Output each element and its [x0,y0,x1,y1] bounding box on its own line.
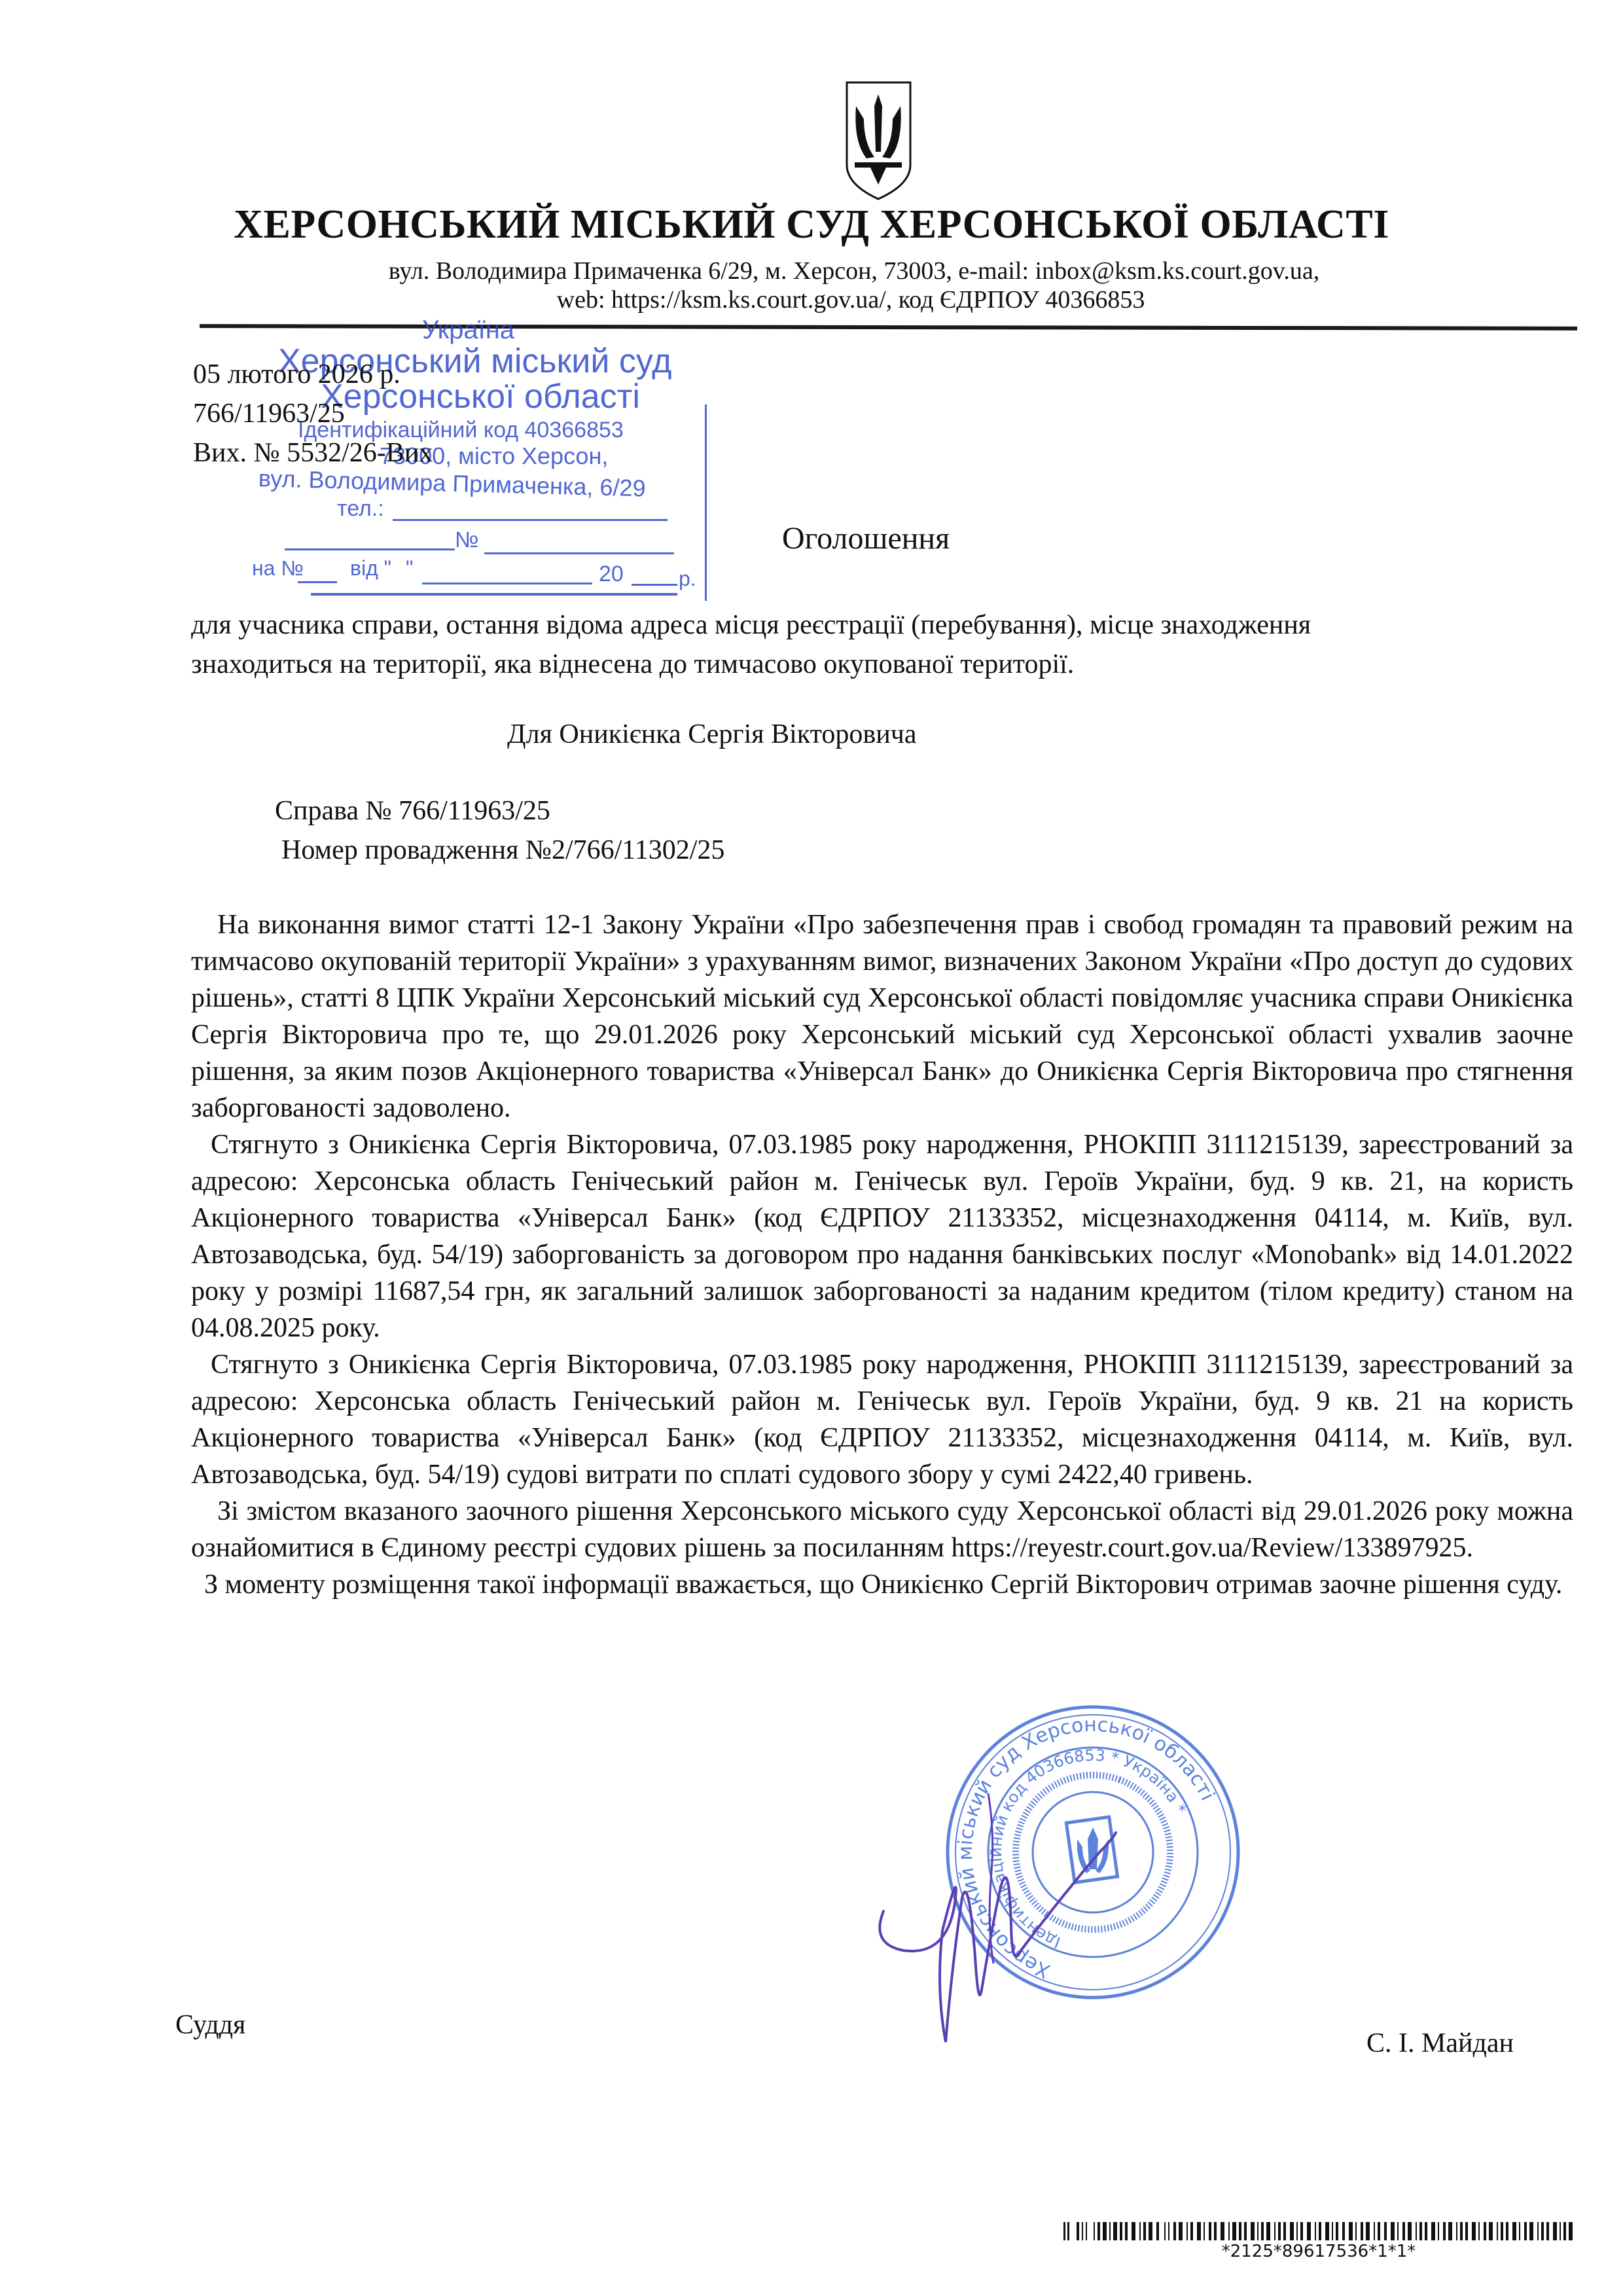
case-number: Справа № 766/11963/25 [275,795,550,827]
body-paragraph: Стягнуто з Оникієнка Сергія Вікторовича,… [191,1346,1573,1493]
stamp-line [298,581,337,583]
court-address: вул. Володимира Примаченка 6/29, м. Херс… [0,257,1623,285]
stamp-line-left [285,548,455,550]
stamp-from-label: від " [350,556,391,581]
body-paragraph: З моменту розміщення такої інформації вв… [191,1566,1573,1603]
barcode-icon [1063,2222,1574,2242]
stamp-country: Україна [422,315,514,345]
judge-signature [864,1793,1139,2049]
stamp-border [705,404,707,601]
body-paragraph: На виконання вимог статті 12-1 Закону Ук… [191,906,1573,1126]
outgoing-number: Вих. № 5532/26-Вих [193,437,433,469]
coat-of-arms-icon [844,80,913,201]
announcement-intro: для учасника справи, остання відома адре… [191,605,1435,684]
court-web-and-code: web: https://ksm.ks.court.gov.ua/, код Є… [0,285,1623,314]
stamp-year-suffix: р. [679,567,696,591]
stamp-line [311,593,677,596]
stamp-line-right [484,552,674,554]
stamp-year: 20 [599,562,624,587]
addressee: Для Оникієнка Сергія Вікторовича [507,719,917,750]
stamp-number-label: № [455,528,478,553]
stamp-line [422,583,592,584]
case-reference: 766/11963/25 [193,398,345,429]
body-paragraph: Стягнуто з Оникієнка Сергія Вікторовича,… [191,1126,1573,1346]
announcement-title: Оголошення [782,520,950,556]
announcement-body: На виконання вимог статті 12-1 Закону Ук… [191,906,1573,1603]
stamp-line [632,584,677,586]
judge-name: С. І. Майдан [1366,2028,1514,2059]
court-name: ХЕРСОНСЬКИЙ МІСЬКИЙ СУД ХЕРСОНСЬКОЇ ОБЛА… [0,202,1623,248]
stamp-tel-line [393,519,668,521]
proceeding-number: Номер провадження №2/766/11302/25 [281,834,724,866]
document-date: 05 лютого 2026 р. [193,359,401,390]
stamp-quote-close: " [406,556,413,581]
barcode-text: *2125*89617536*1*1* [1037,2242,1600,2261]
stamp-street: вул. Володимира Примаченка, 6/29 [258,465,646,502]
body-paragraph: Зі змістом вказаного заочного рішення Хе… [191,1493,1573,1566]
stamp-tel-label: тел.: [337,496,384,522]
judge-label: Суддя [175,2009,245,2041]
stamp-reply-label: на № [252,556,304,581]
